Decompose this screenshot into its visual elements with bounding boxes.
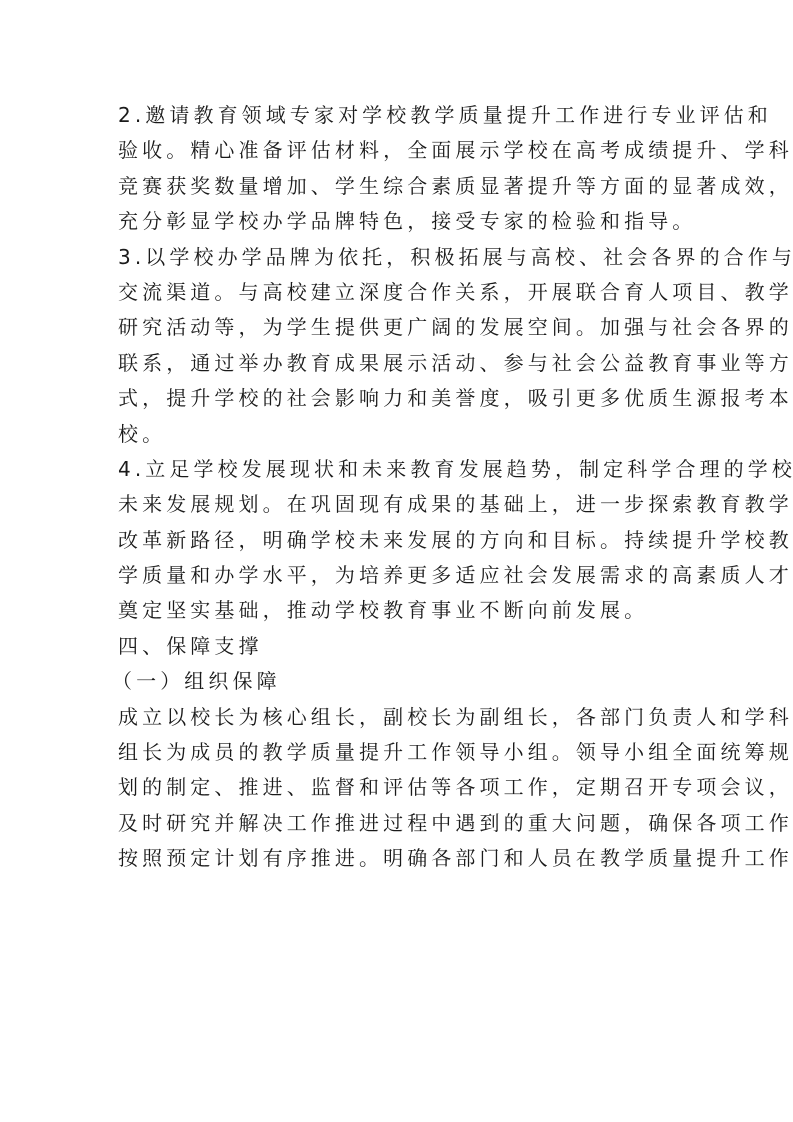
paragraph-3-line-4: 联系，通过举办教育成果展示活动、参与社会公益教育事业等方 (118, 346, 678, 381)
paragraph-3-line-5: 式，提升学校的社会影响力和美誉度，吸引更多优质生源报考本 (118, 381, 678, 416)
paragraph-3-line-3: 研究活动等，为学生提供更广阔的发展空间。加强与社会各界的 (118, 310, 678, 345)
document-page: 2.邀请教育领域专家对学校教学质量提升工作进行专业评估和 验收。精心准备评估材料… (118, 98, 678, 877)
paragraph-4-line-2: 未来发展规划。在巩固现有成果的基础上，进一步探索教育教学 (118, 487, 678, 522)
org-paragraph-line-5: 按照预定计划有序推进。明确各部门和人员在教学质量提升工作 (118, 841, 678, 876)
paragraph-2-line-4: 充分彰显学校办学品牌特色，接受专家的检验和指导。 (118, 204, 678, 239)
paragraph-3-line-6: 校。 (118, 417, 678, 452)
paragraph-3-line-2: 交流渠道。与高校建立深度合作关系，开展联合育人项目、教学 (118, 275, 678, 310)
paragraph-2-line-3: 竞赛获奖数量增加、学生综合素质显著提升等方面的显著成效， (118, 169, 678, 204)
paragraph-3-line-1: 3.以学校办学品牌为依托，积极拓展与高校、社会各界的合作与 (118, 240, 678, 275)
paragraph-4-line-1: 4.立足学校发展现状和未来教育发展趋势，制定科学合理的学校 (118, 452, 678, 487)
subsection-heading-1: （一）组织保障 (112, 664, 678, 699)
org-paragraph-line-2: 组长为成员的教学质量提升工作领导小组。领导小组全面统筹规 (118, 735, 678, 770)
paragraph-4-line-5: 奠定坚实基础，推动学校教育事业不断向前发展。 (118, 593, 678, 628)
paragraph-2-line-1: 2.邀请教育领域专家对学校教学质量提升工作进行专业评估和 (118, 98, 678, 133)
org-paragraph-line-1: 成立以校长为核心组长，副校长为副组长，各部门负责人和学科 (118, 700, 678, 735)
paragraph-4-line-4: 学质量和办学水平，为培养更多适应社会发展需求的高素质人才 (118, 558, 678, 593)
section-heading-4: 四、保障支撑 (118, 629, 678, 664)
paragraph-4-line-3: 改革新路径，明确学校未来发展的方向和目标。持续提升学校教 (118, 523, 678, 558)
paragraph-2-line-2: 验收。精心准备评估材料，全面展示学校在高考成绩提升、学科 (118, 133, 678, 168)
org-paragraph-line-4: 及时研究并解决工作推进过程中遇到的重大问题，确保各项工作 (118, 806, 678, 841)
org-paragraph-line-3: 划的制定、推进、监督和评估等各项工作，定期召开专项会议， (118, 770, 678, 805)
